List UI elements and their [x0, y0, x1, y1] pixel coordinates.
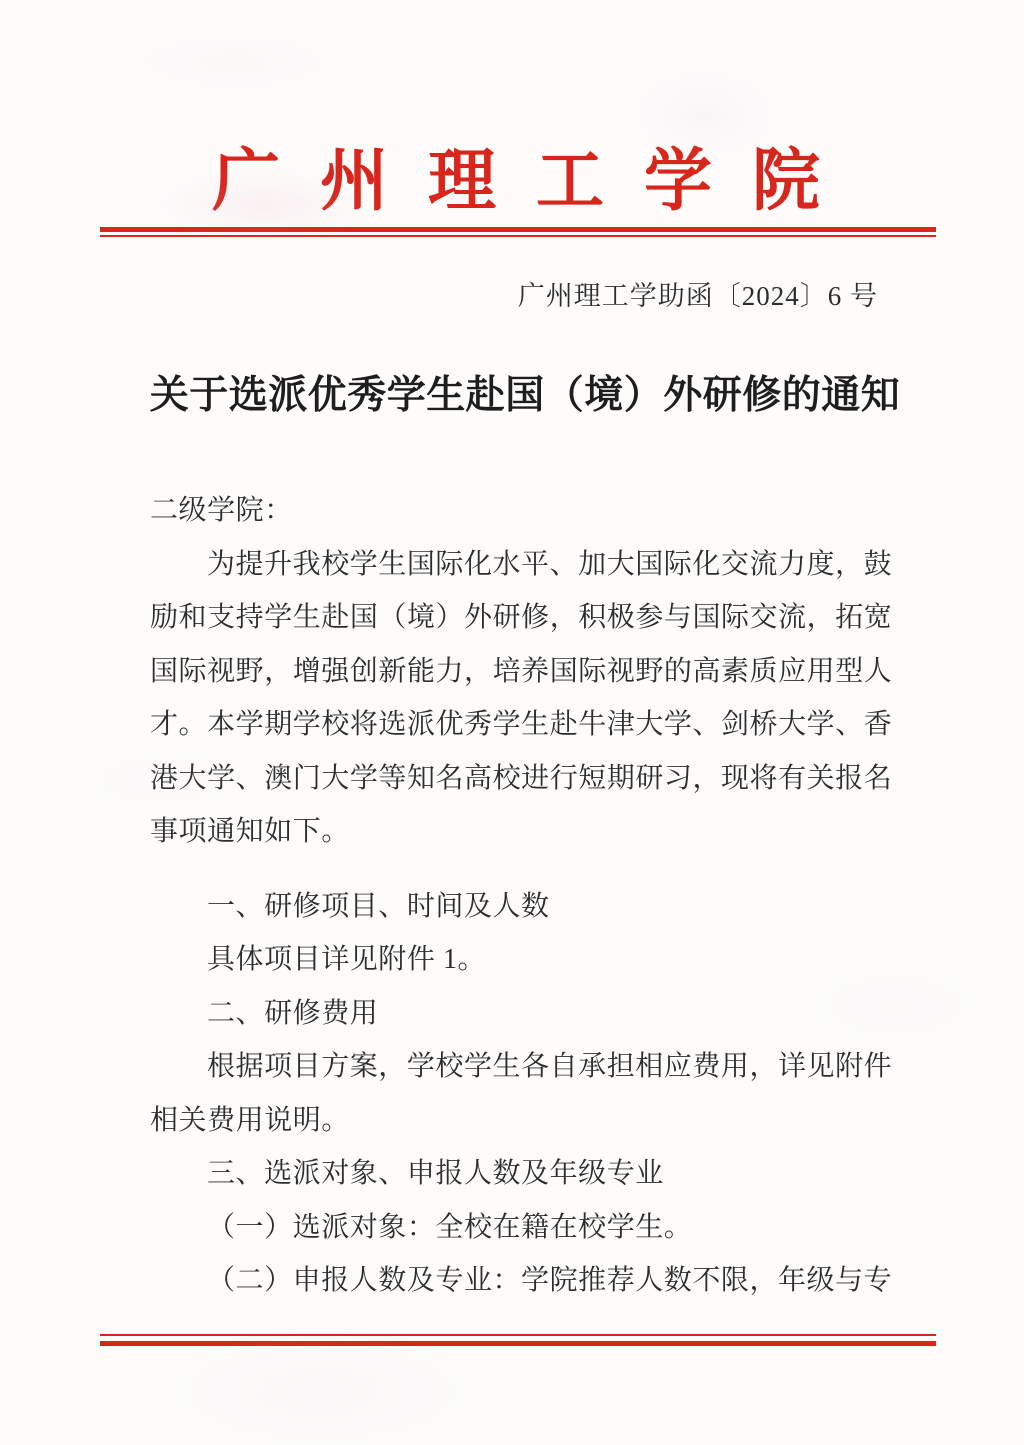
divider-thin-line — [100, 1334, 936, 1336]
notice-body: 二级学院： 为提升我校学生国际化水平、加大国际化交流力度，鼓 励和支持学生赴国（… — [150, 484, 912, 1308]
salutation: 二级学院： — [150, 484, 912, 538]
section-3-item-1: （一）选派对象：全校在籍在校学生。 — [150, 1201, 912, 1255]
scanned-notice-page: 广州理工学院 广州理工学助函〔2024〕6 号 关于选派优秀学生赴国（境）外研修… — [0, 0, 1024, 1445]
para-intro-line-6: 事项通知如下。 — [150, 805, 912, 859]
section-3-item-2: （二）申报人数及专业：学院推荐人数不限，年级与专 — [150, 1254, 912, 1308]
divider-thin-line — [100, 235, 936, 237]
section-2-line-1: 根据项目方案，学校学生各自承担相应费用，详见附件 — [150, 1040, 912, 1094]
footer-divider — [100, 1334, 936, 1346]
para-intro-line-1: 为提升我校学生国际化水平、加大国际化交流力度，鼓 — [150, 538, 912, 592]
section-3-heading: 三、选派对象、申报人数及年级专业 — [150, 1147, 912, 1201]
divider-thick-line — [100, 1341, 936, 1346]
doc-number: 广州理工学助函〔2024〕6 号 — [518, 280, 878, 312]
letterhead-divider-top — [100, 227, 936, 237]
para-intro-line-2: 励和支持学生赴国（境）外研修，积极参与国际交流，拓宽 — [150, 591, 912, 645]
section-1-line: 具体项目详见附件 1。 — [150, 933, 912, 987]
letterhead-org-name: 广州理工学院 — [212, 144, 860, 218]
para-intro-line-3: 国际视野，增强创新能力，培养国际视野的高素质应用型人 — [150, 645, 912, 699]
para-intro-line-4: 才。本学期学校将选派优秀学生赴牛津大学、剑桥大学、香 — [150, 698, 912, 752]
divider-thick-line — [100, 227, 936, 232]
section-1-heading: 一、研修项目、时间及人数 — [150, 880, 912, 934]
section-2-line-2: 相关费用说明。 — [150, 1094, 912, 1148]
para-intro-line-5: 港大学、澳门大学等知名高校进行短期研习，现将有关报名 — [150, 752, 912, 806]
notice-title: 关于选派优秀学生赴国（境）外研修的通知 — [0, 372, 1024, 420]
section-2-heading: 二、研修费用 — [150, 987, 912, 1041]
